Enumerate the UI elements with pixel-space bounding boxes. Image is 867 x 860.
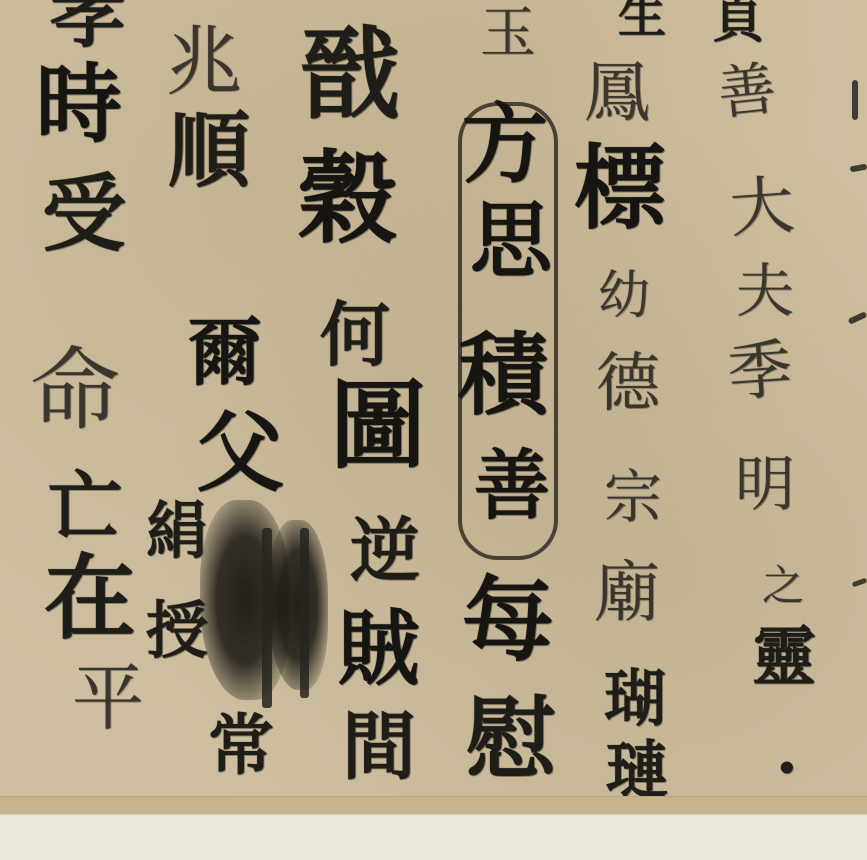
ink-stroke bbox=[262, 528, 272, 708]
char: 何 bbox=[320, 300, 390, 370]
char: 之 bbox=[762, 565, 804, 607]
char: 標 bbox=[574, 142, 666, 234]
char: 方 bbox=[462, 102, 548, 188]
char: 間 bbox=[342, 710, 416, 784]
char: 玉 bbox=[480, 6, 536, 62]
char: 孝 bbox=[50, 0, 126, 52]
char: 絹 bbox=[146, 500, 208, 562]
char: 受 bbox=[42, 172, 126, 256]
char: 平 bbox=[72, 662, 144, 734]
char: 善 bbox=[474, 448, 550, 524]
char: 亡 bbox=[48, 470, 122, 544]
char: 頁 bbox=[712, 0, 764, 46]
scroll-mounting bbox=[0, 814, 867, 860]
char: 戩 bbox=[300, 24, 400, 124]
char: 積 bbox=[458, 330, 548, 420]
char: 大 bbox=[728, 174, 796, 242]
char: 穀 bbox=[298, 148, 398, 248]
paper-bottom-edge bbox=[0, 796, 867, 815]
char: 授 bbox=[146, 600, 208, 662]
char: 慰 bbox=[466, 694, 556, 784]
char: 德 bbox=[596, 352, 660, 416]
char: 在 bbox=[44, 552, 136, 644]
char: 夫 bbox=[736, 262, 794, 320]
char: 圖 bbox=[330, 378, 426, 474]
char: 每 bbox=[462, 574, 554, 666]
char: 幼 bbox=[598, 270, 650, 322]
char: 璉 bbox=[606, 740, 668, 802]
char: 生 bbox=[618, 0, 666, 40]
char: 時 bbox=[36, 62, 122, 148]
char: 靈 bbox=[752, 626, 816, 690]
char: 善 bbox=[715, 59, 779, 123]
char: 瑚 bbox=[604, 668, 666, 730]
partial-stroke bbox=[852, 80, 858, 120]
char: 兆 bbox=[166, 24, 242, 100]
char: 爾 bbox=[188, 316, 262, 390]
char: 明 bbox=[735, 455, 795, 515]
char: 命 bbox=[30, 346, 120, 436]
char: 季 bbox=[726, 338, 794, 406]
char: 順 bbox=[168, 110, 250, 192]
char: 宗 bbox=[604, 468, 662, 526]
char: 思 bbox=[470, 200, 552, 282]
char: 廟 bbox=[594, 560, 660, 626]
char: 鳳 bbox=[584, 60, 650, 126]
char: 賊 bbox=[338, 608, 420, 690]
ink-correction-blot bbox=[268, 520, 328, 690]
ink-stroke bbox=[300, 528, 309, 698]
char: 父 bbox=[196, 408, 284, 496]
char: 逆 bbox=[350, 516, 420, 586]
char: 常 bbox=[208, 712, 274, 778]
mark: • bbox=[776, 752, 798, 786]
